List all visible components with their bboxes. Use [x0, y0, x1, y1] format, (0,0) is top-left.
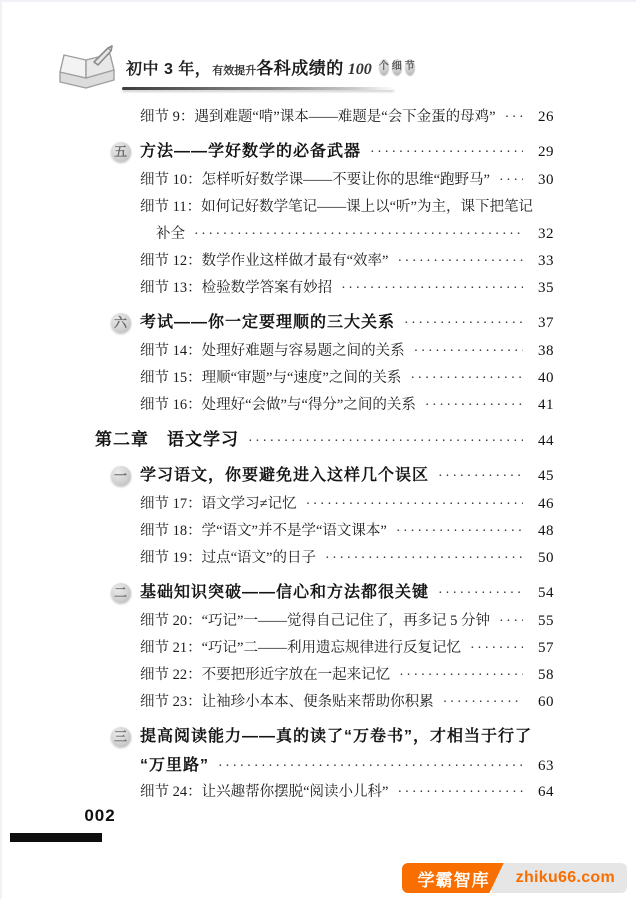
toc-page-number: 58	[528, 662, 554, 689]
toc-detail-entry: 细节 21：“巧记”二——利用遗忘规律进行反复记忆57	[0, 635, 636, 662]
section-number-badge: 二	[111, 583, 131, 603]
toc-detail-entry: 细节 9：遇到难题“啃”课本——难题是“会下金蛋的母鸡”26	[0, 104, 636, 131]
toc-detail-entry: 细节 19：过点“语文”的日子50	[0, 545, 636, 572]
book-title: 初中 3 年， 有效提升 各科成绩的 100 个 细 节	[126, 54, 394, 79]
toc-page-number: 26	[528, 104, 554, 131]
dot-leader	[490, 608, 523, 635]
toc-detail-entry: 细节 15：理顺“审题”与“速度”之间的关系40	[0, 365, 636, 392]
dot-leader	[429, 462, 523, 492]
toc-detail-entry: 细节 17：语文学习≠记忆46	[0, 491, 636, 518]
toc-entry-text: 方法——学好数学的必备武器	[140, 137, 361, 167]
toc-entry-text: 提高阅读能力——真的读了“万卷书”，才相当于行了	[140, 722, 532, 752]
toc-entry-text: 细节 12：数学作业这样做才最有“效率”	[140, 248, 389, 275]
dot-leader	[361, 138, 523, 168]
toc-page-number: 38	[528, 338, 554, 365]
toc-entry-line: 细节 12：数学作业这样做才最有“效率”33	[0, 248, 636, 275]
toc-page-number: 32	[528, 221, 554, 248]
toc-section-entry: 三提高阅读能力——真的读了“万卷书”，才相当于行了“万里路”63	[0, 722, 636, 779]
toc-entry-line: 细节 9：遇到难题“啃”课本——难题是“会下金蛋的母鸡”26	[0, 104, 636, 131]
toc-section-entry: 六考试——你一定要理顺的三大关系37	[0, 308, 636, 338]
toc-entry-line: 六考试——你一定要理顺的三大关系37	[0, 308, 636, 338]
title-bead-2: 细	[392, 59, 402, 75]
toc-entry-text: 细节 17：语文学习≠记忆	[140, 491, 297, 518]
dot-leader	[389, 779, 524, 806]
section-number-badge: 一	[111, 466, 131, 486]
toc-page-number: 60	[528, 689, 554, 716]
toc-page-number: 54	[528, 578, 554, 608]
dot-leader	[395, 309, 523, 339]
watermark-brand-label: 学霸智库	[402, 863, 504, 893]
toc-detail-entry: 细节 12：数学作业这样做才最有“效率”33	[0, 248, 636, 275]
toc-entry-line: 五方法——学好数学的必备武器29	[0, 137, 636, 167]
toc-page-number: 40	[528, 365, 554, 392]
toc-section-entry: 二基础知识突破——信心和方法都很关键54	[0, 578, 636, 608]
title-bead-1: 个	[379, 59, 389, 75]
title-part-3: 各科成绩的	[256, 54, 344, 79]
toc-page-number: 33	[528, 248, 554, 275]
toc-entry-text: 细节 20：“巧记”一——觉得自己记住了，再多记 5 分钟	[140, 608, 490, 635]
toc-entry-line: 第二章 语文学习44	[0, 425, 636, 455]
dot-leader	[332, 275, 523, 302]
toc-entry-line: 三提高阅读能力——真的读了“万卷书”，才相当于行了	[0, 722, 636, 752]
toc-page-number: 45	[528, 461, 554, 491]
toc-entry-line: “万里路”63	[0, 752, 636, 779]
dot-leader	[490, 167, 523, 194]
toc-entry-line: 二基础知识突破——信心和方法都很关键54	[0, 578, 636, 608]
toc-entry-line: 细节 10：怎样听好数学课——不要让你的思维“跑野马”30	[0, 167, 636, 194]
toc-entry-line: 细节 23：让袖珍小本本、便条贴来帮助你积累60	[0, 689, 636, 716]
header-underline	[122, 87, 394, 90]
toc-detail-entry: 细节 23：让袖珍小本本、便条贴来帮助你积累60	[0, 689, 636, 716]
toc-detail-entry: 细节 24：让兴趣帮你摆脱“阅读小儿科”64	[0, 779, 636, 806]
toc-entry-text: 细节 13：检验数学答案有妙招	[140, 275, 332, 302]
toc-page-number: 50	[528, 545, 554, 572]
toc-entry-text: 补全	[156, 221, 185, 248]
toc-entry-text: 细节 21：“巧记”二——利用遗忘规律进行反复记忆	[140, 635, 461, 662]
dot-leader	[209, 753, 523, 780]
dot-leader	[401, 365, 523, 392]
toc-entry-line: 一学习语文，你要避免进入这样几个误区45	[0, 461, 636, 491]
section-number-badge: 三	[111, 727, 131, 747]
watermark-site-label: zhiku66.com	[492, 863, 627, 893]
toc-entry-text: 细节 14：处理好难题与容易题之间的关系	[140, 338, 405, 365]
toc-entry-text: 学习语文，你要避免进入这样几个误区	[140, 461, 429, 491]
toc-entry-line: 细节 14：处理好难题与容易题之间的关系38	[0, 338, 636, 365]
toc-entry-line: 细节 20：“巧记”一——觉得自己记住了，再多记 5 分钟55	[0, 608, 636, 635]
toc-page-number: 64	[528, 779, 554, 806]
toc-detail-entry: 细节 14：处理好难题与容易题之间的关系38	[0, 338, 636, 365]
toc-detail-entry: 细节 20：“巧记”一——觉得自己记住了，再多记 5 分钟55	[0, 608, 636, 635]
toc-page-number: 57	[528, 635, 554, 662]
open-book-quill-icon	[56, 42, 118, 94]
dot-leader	[461, 635, 523, 662]
toc-detail-entry: 细节 13：检验数学答案有妙招35	[0, 275, 636, 302]
dot-leader	[405, 338, 523, 365]
title-part-1: 初中 3 年，	[126, 56, 211, 79]
toc-detail-entry: 细节 11：如何记好数学笔记——课上以“听”为主，课下把笔记补全32	[0, 194, 636, 248]
toc-section-entry: 一学习语文，你要避免进入这样几个误区45	[0, 461, 636, 491]
toc-page-number: 35	[528, 275, 554, 302]
toc-entry-text: 细节 9：遇到难题“啃”课本——难题是“会下金蛋的母鸡”	[140, 104, 496, 131]
toc-entry-line: 细节 13：检验数学答案有妙招35	[0, 275, 636, 302]
toc-entry-line: 细节 21：“巧记”二——利用遗忘规律进行反复记忆57	[0, 635, 636, 662]
toc-section-entry: 五方法——学好数学的必备武器29	[0, 137, 636, 167]
toc-entry-text: 细节 18：学“语文”并不是学“语文课本”	[140, 518, 387, 545]
dot-leader	[387, 518, 523, 545]
toc-page-number: 44	[528, 426, 554, 456]
title-part-2: 有效提升	[212, 62, 256, 78]
toc-page-number: 55	[528, 608, 554, 635]
toc-page-number: 63	[528, 753, 554, 780]
toc-detail-entry: 细节 22：不要把形近字放在一起来记忆58	[0, 662, 636, 689]
toc-entry-line: 细节 11：如何记好数学笔记——课上以“听”为主，课下把笔记	[0, 194, 636, 221]
book-header: 初中 3 年， 有效提升 各科成绩的 100 个 细 节	[56, 40, 396, 96]
toc-entry-line: 补全32	[0, 221, 636, 248]
toc-page-number: 41	[528, 392, 554, 419]
toc-entry-text: 细节 19：过点“语文”的日子	[140, 545, 316, 572]
toc-entry-text: 细节 15：理顺“审题”与“速度”之间的关系	[140, 365, 401, 392]
toc-detail-entry: 细节 10：怎样听好数学课——不要让你的思维“跑野马”30	[0, 167, 636, 194]
toc-page-number: 48	[528, 518, 554, 545]
toc-page-number: 30	[528, 167, 554, 194]
toc-entry-line: 细节 18：学“语文”并不是学“语文课本”48	[0, 518, 636, 545]
dot-leader	[434, 689, 523, 716]
dot-leader	[390, 662, 523, 689]
dot-leader	[316, 545, 523, 572]
toc-entry-text: 细节 11：如何记好数学笔记——课上以“听”为主，课下把笔记	[140, 194, 533, 221]
dot-leader	[185, 221, 523, 248]
watermark-badge: 学霸智库 zhiku66.com	[402, 863, 627, 893]
toc-entry-line: 细节 17：语文学习≠记忆46	[0, 491, 636, 518]
toc-entry-text: 细节 10：怎样听好数学课——不要让你的思维“跑野马”	[140, 167, 490, 194]
toc-entry-text: “万里路”	[140, 752, 209, 779]
toc-page-number: 29	[528, 137, 554, 167]
toc-page-number: 37	[528, 308, 554, 338]
dot-leader	[297, 491, 523, 518]
toc-entry-text: 细节 24：让兴趣帮你摆脱“阅读小儿科”	[140, 779, 389, 806]
toc-entry-text: 细节 22：不要把形近字放在一起来记忆	[140, 662, 390, 689]
toc-entry-line: 细节 15：理顺“审题”与“速度”之间的关系40	[0, 365, 636, 392]
dot-leader	[429, 579, 523, 609]
section-number-badge: 六	[111, 313, 131, 333]
toc-entry-line: 细节 19：过点“语文”的日子50	[0, 545, 636, 572]
toc-entry-line: 细节 24：让兴趣帮你摆脱“阅读小儿科”64	[0, 779, 636, 806]
toc-detail-entry: 细节 16：处理好“会做”与“得分”之间的关系41	[0, 392, 636, 419]
toc-entry-text: 第二章 语文学习	[95, 425, 239, 455]
dot-leader	[496, 104, 523, 131]
toc-entry-text: 基础知识突破——信心和方法都很关键	[140, 578, 429, 608]
title-part-100: 100	[348, 61, 372, 79]
toc-entry-line: 细节 22：不要把形近字放在一起来记忆58	[0, 662, 636, 689]
toc-entry-line: 细节 16：处理好“会做”与“得分”之间的关系41	[0, 392, 636, 419]
toc-page-number: 46	[528, 491, 554, 518]
toc-entry-text: 考试——你一定要理顺的三大关系	[140, 308, 395, 338]
folio-redaction-bar	[10, 833, 102, 842]
toc-detail-entry: 细节 18：学“语文”并不是学“语文课本”48	[0, 518, 636, 545]
scanned-toc-page: 初中 3 年， 有效提升 各科成绩的 100 个 细 节 细节 9：遇到难题“啃…	[0, 0, 636, 899]
section-number-badge: 五	[111, 142, 131, 162]
title-bead-3: 节	[405, 59, 415, 75]
dot-leader	[239, 427, 523, 457]
toc-chapter-entry: 第二章 语文学习44	[0, 425, 636, 455]
toc-list: 细节 9：遇到难题“啃”课本——难题是“会下金蛋的母鸡”26五方法——学好数学的…	[0, 104, 636, 806]
toc-entry-text: 细节 16：处理好“会做”与“得分”之间的关系	[140, 392, 416, 419]
toc-entry-text: 细节 23：让袖珍小本本、便条贴来帮助你积累	[140, 689, 434, 716]
folio-page-number: 002	[70, 806, 130, 826]
dot-leader	[389, 248, 524, 275]
dot-leader	[416, 392, 523, 419]
